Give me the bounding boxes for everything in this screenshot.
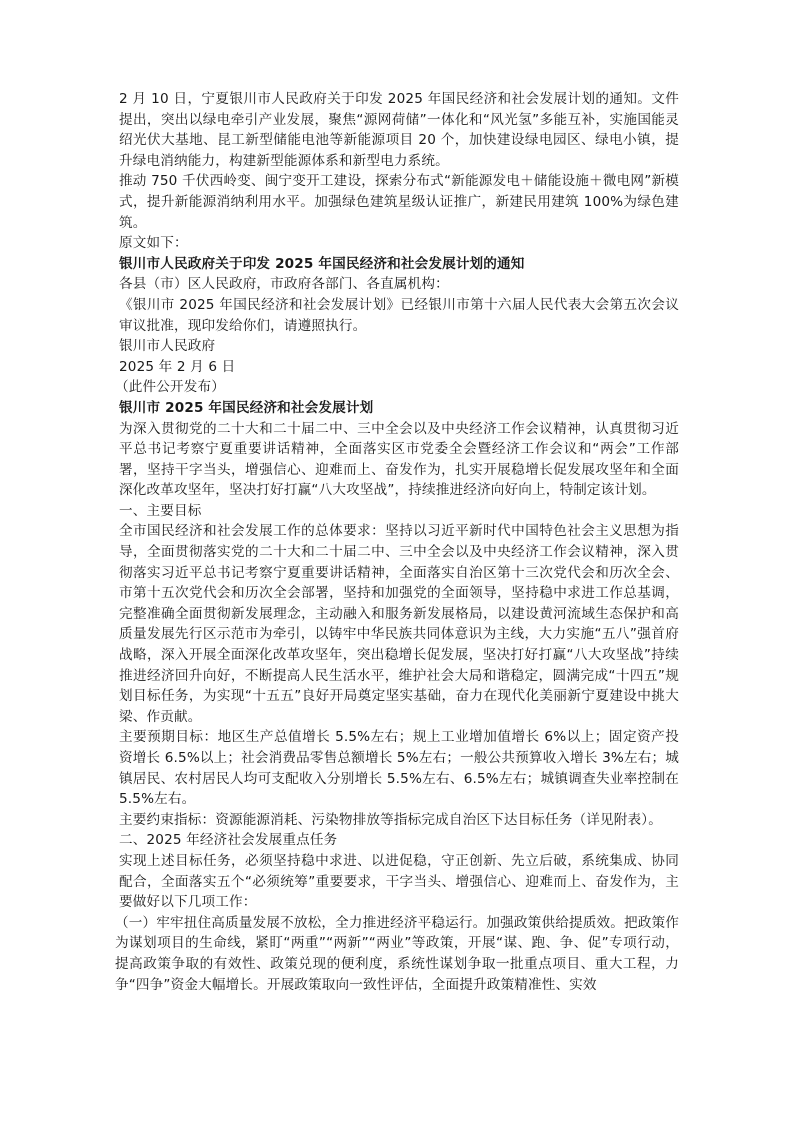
section-heading-1: 一、主要目标 [119, 501, 679, 522]
document-body: 2 月 10 日，宁夏银川市人民政府关于印发 2025 年国民经济和社会发展计划… [119, 89, 679, 995]
section-heading-2: 二、2025 年经济社会发展重点任务 [119, 830, 679, 851]
intro-paragraph-2: 推动 750 千伏西岭变、闽宁变开工建设，探索分布式“新能源发电＋储能设施＋微电… [119, 171, 679, 233]
notice-issuer: 银川市人民政府 [119, 336, 679, 357]
plan-title: 银川市 2025 年国民经济和社会发展计划 [119, 398, 679, 419]
overall-requirements: 全市国民经济和社会发展工作的总体要求：坚持以习近平新时代中国特色社会主义思想为指… [119, 521, 679, 727]
publication-note: （此件公开发布） [115, 377, 679, 398]
intro-paragraph-1: 2 月 10 日，宁夏银川市人民政府关于印发 2025 年国民经济和社会发展计划… [119, 89, 679, 171]
notice-title: 银川市人民政府关于印发 2025 年国民经济和社会发展计划的通知 [119, 254, 679, 275]
notice-body: 《银川市 2025 年国民经济和社会发展计划》已经银川市第十六届人民代表大会第五… [119, 295, 679, 336]
key-tasks-intro: 实现上述目标任务，必须坚持稳中求进、以进促稳，守正创新、先立后破，系统集成、协同… [119, 851, 679, 913]
expected-targets: 主要预期目标：地区生产总值增长 5.5%左右；规上工业增加值增长 6%以上；固定… [119, 727, 679, 809]
plan-preamble: 为深入贯彻党的二十大和二十届二中、三中全会以及中央经济工作会议精神，认真贯彻习近… [119, 419, 679, 501]
notice-date: 2025 年 2 月 6 日 [119, 357, 679, 378]
binding-indicators: 主要约束指标：资源能源消耗、污染物排放等指标完成自治区下达目标任务（详见附表）。 [119, 810, 679, 831]
task-1-paragraph: （一）牢牢扭住高质量发展不放松，全力推进经济平稳运行。加强政策供给提质效。把政策… [115, 913, 679, 995]
notice-addressees: 各县（市）区人民政府，市政府各部门、各直属机构： [119, 274, 679, 295]
original-text-label: 原文如下： [119, 233, 679, 254]
